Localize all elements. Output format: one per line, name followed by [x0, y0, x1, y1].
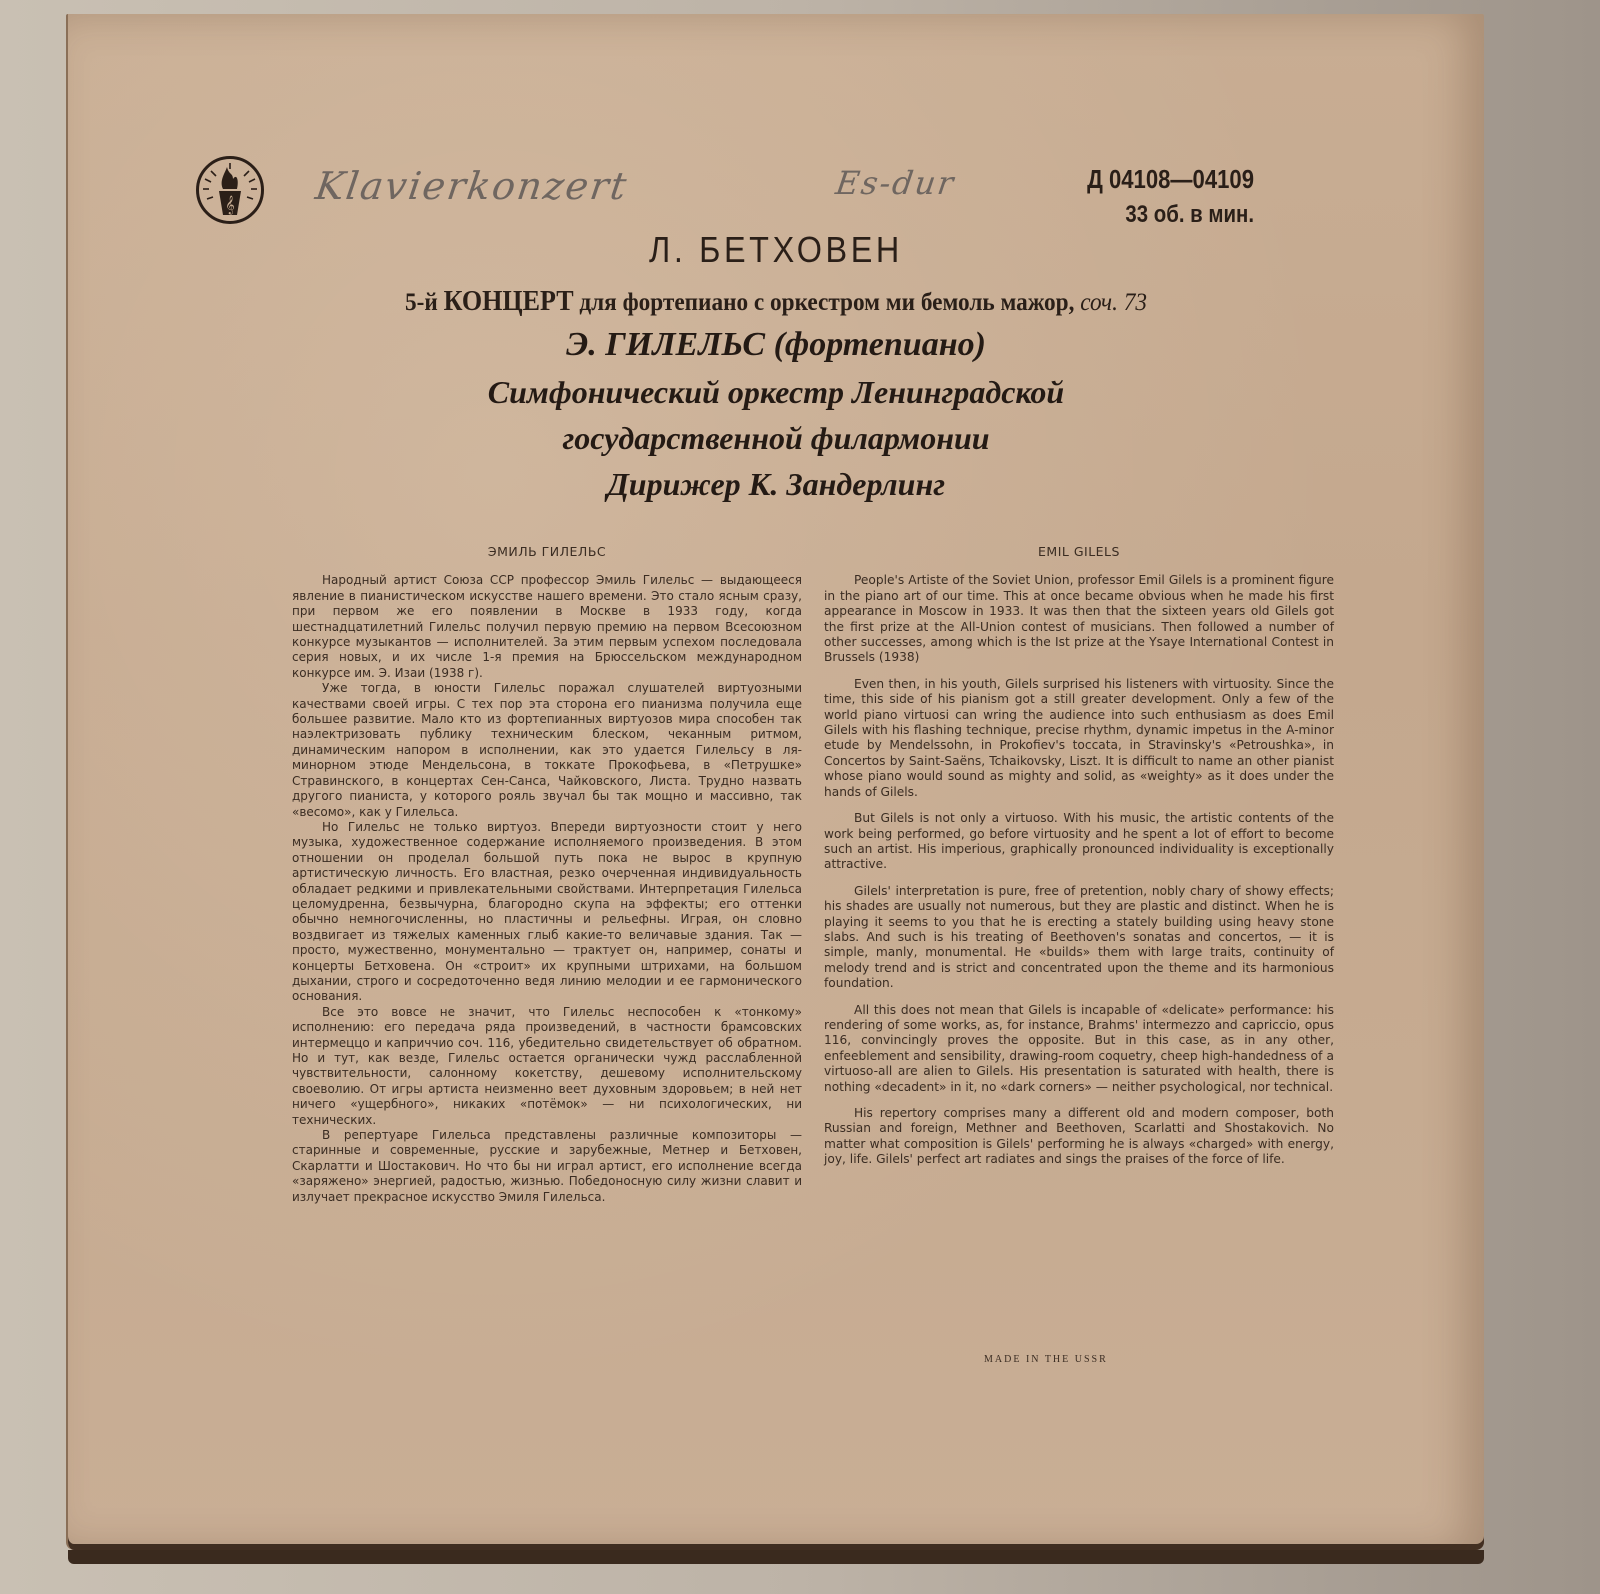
- torch-icon: 𝄞: [199, 159, 261, 221]
- conductor-line: Дирижер К. Зандерлинг: [68, 466, 1484, 503]
- english-paragraph: Even then, in his youth, Gilels surprise…: [824, 677, 1334, 800]
- composer-title: Л. БЕТХОВЕН: [139, 229, 1413, 271]
- russian-paragraph: Уже тогда, в юности Гилельс поражал слуш…: [292, 681, 802, 820]
- work-title: 5-й КОНЦЕРТ для фортепиано с оркестром м…: [118, 286, 1435, 318]
- russian-paragraph: Все это вовсе не значит, что Гилельс нес…: [292, 1005, 802, 1128]
- work-opus: соч. 73: [1080, 289, 1147, 316]
- english-paragraph: All this does not mean that Gilels is in…: [824, 1003, 1334, 1095]
- made-in-ussr-label: MADE IN THE USSR: [984, 1354, 1108, 1365]
- english-paragraph: But Gilels is not only a virtuoso. With …: [824, 811, 1334, 873]
- english-notes-column: EMIL GILELS People's Artiste of the Sovi…: [824, 544, 1334, 1179]
- russian-paragraph: Но Гилельс не только виртуоз. Впереди ви…: [292, 820, 802, 1005]
- orchestra-line-1: Симфонический оркестр Ленинградской: [68, 374, 1484, 411]
- english-paragraph: Gilels' interpretation is pure, free of …: [824, 884, 1334, 992]
- catalog-block: Д 04108—04109 33 об. в мин.: [1014, 164, 1254, 229]
- russian-paragraph: Народный артист Союза ССР профессор Эмил…: [292, 573, 802, 681]
- orchestra-line-2: государственной филармонии: [68, 420, 1484, 457]
- performer-line: Э. ГИЛЕЛЬС (фортепиано): [68, 326, 1484, 364]
- svg-text:𝄞: 𝄞: [225, 195, 234, 215]
- russian-notes-column: ЭМИЛЬ ГИЛЕЛЬС Народный артист Союза ССР …: [292, 544, 802, 1205]
- russian-paragraph: В репертуаре Гилельса представлены разли…: [292, 1128, 802, 1205]
- english-paragraph: His repertory comprises many a different…: [824, 1106, 1334, 1168]
- catalog-number: Д 04108—04109: [1050, 164, 1254, 195]
- work-main: КОНЦЕРТ: [444, 286, 574, 317]
- work-rest: для фортепиано с оркестром ми бемоль маж…: [574, 289, 1081, 316]
- record-sleeve-back: 𝄞 Klavierkonzert Es-dur Д 04108—04109 33…: [66, 14, 1484, 1550]
- russian-heading: ЭМИЛЬ ГИЛЕЛЬС: [292, 544, 802, 559]
- handwritten-note: Klavierkonzert: [313, 164, 631, 208]
- rpm-label: 33 об. в мин.: [1050, 201, 1254, 229]
- english-heading: EMIL GILELS: [824, 544, 1334, 559]
- work-prefix: 5-й: [405, 289, 444, 316]
- handwritten-key-note: Es-dur: [833, 164, 957, 202]
- melodiya-torch-logo-icon: 𝄞: [196, 156, 264, 224]
- english-paragraph: People's Artiste of the Soviet Union, pr…: [824, 573, 1334, 665]
